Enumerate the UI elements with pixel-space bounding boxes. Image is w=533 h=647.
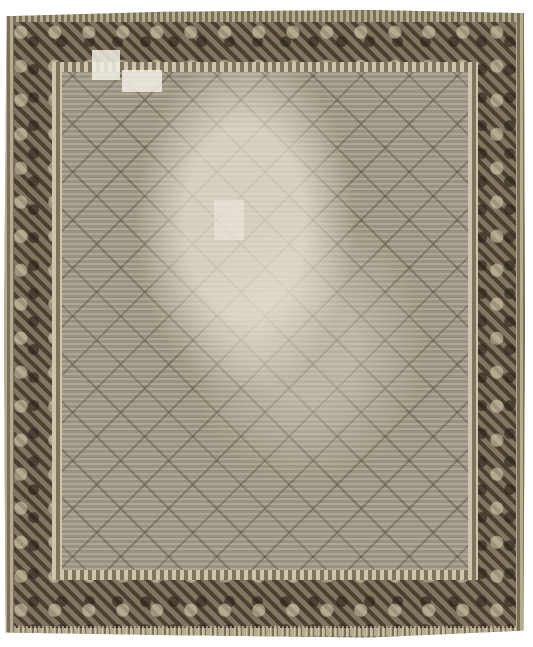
- worn-patch: [214, 200, 244, 240]
- worn-patch: [122, 70, 162, 92]
- worn-patch: [92, 50, 120, 80]
- rug-field-pattern: [62, 72, 468, 570]
- rug-photo: [4, 10, 526, 640]
- rug-fringe: [14, 626, 516, 636]
